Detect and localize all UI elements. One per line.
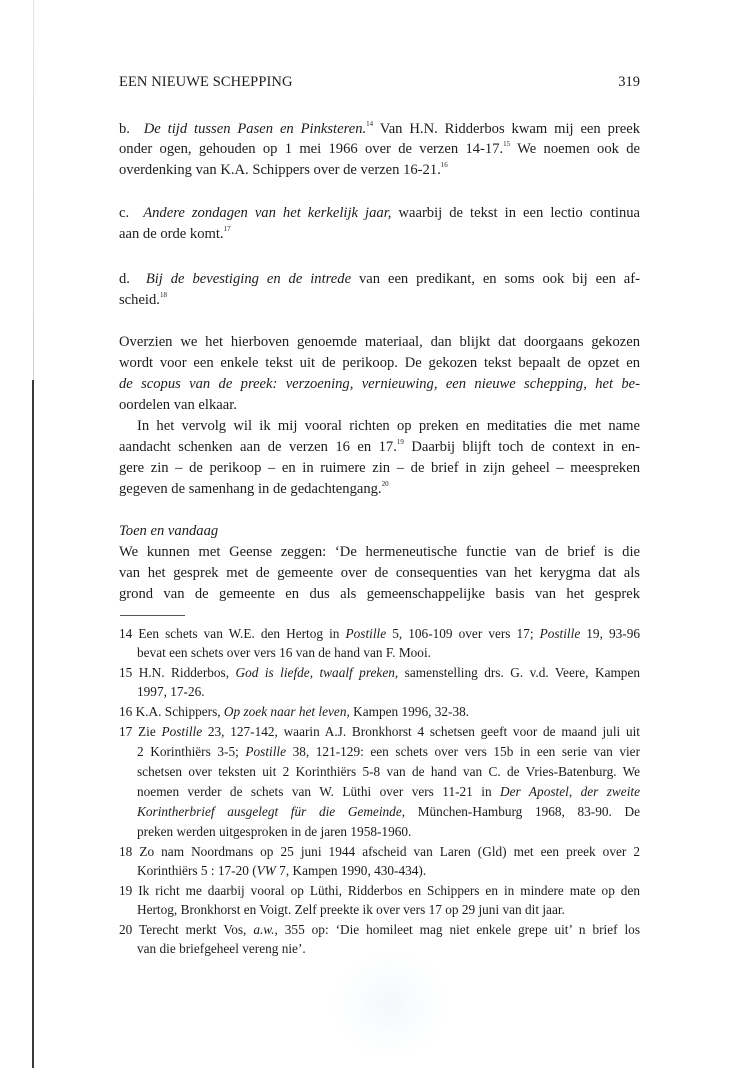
paragraph-1-line-2: wordt voor een enkele tekst uit de perik…	[119, 354, 640, 372]
paragraph-1-line-1: Overzien we het hierboven genoemde mater…	[119, 333, 640, 351]
paragraph-2-line-4: gegeven de samenhang in de gedachtengang…	[119, 480, 640, 498]
footnote-17-line-6: preken werden uitgesproken in de jaren 1…	[137, 823, 640, 840]
section-heading: Toen en vandaag	[119, 522, 640, 540]
footnote-number: 18	[119, 844, 132, 859]
book-title: Korintherbrief ausgelegt für die Gemeind…	[137, 804, 405, 819]
item-d-line-1: d. Bij de bevestiging en de intrede van …	[119, 270, 640, 288]
text: waarbij de tekst in een lectio continua	[391, 205, 640, 221]
footnote-ref[interactable]: 18	[160, 291, 167, 299]
footnote-15-line-2: 1997, 17-26.	[137, 683, 640, 700]
text: Korinthiërs 5 : 17-20 (	[137, 863, 257, 878]
text: aandacht schenken aan de verzen 16 en 17…	[119, 439, 397, 455]
text: 355 op: ‘Die homileet mag niet enkele gr…	[278, 922, 640, 937]
abbreviation: a.w.,	[253, 922, 278, 937]
item-marker: c.	[119, 205, 129, 221]
footnote-16-line-1: 16 K.A. Schippers, Op zoek naar het leve…	[119, 703, 640, 720]
journal-title: Postille	[540, 626, 581, 641]
text: 7, Kampen 1990, 430-434).	[276, 863, 426, 878]
footnote-19-line-1: 19 Ik richt me daarbij vooral op Lüthi, …	[119, 882, 640, 899]
footnote-ref[interactable]: 19	[397, 438, 404, 446]
footnote-ref[interactable]: 20	[382, 480, 389, 488]
book-title: God is liefde, twaalf preken,	[236, 665, 399, 680]
footnote-ref[interactable]: 16	[441, 161, 448, 169]
footnote-ref[interactable]: 17	[224, 225, 231, 233]
item-marker: d.	[119, 271, 130, 287]
journal-title: Postille	[245, 744, 286, 759]
footnote-17-line-5: Korintherbrief ausgelegt für die Gemeind…	[137, 803, 640, 820]
book-page: EEN NIEUWE SCHEPPING 319 b. De tijd tuss…	[0, 0, 738, 1068]
running-title: EEN NIEUWE SCHEPPING	[119, 74, 293, 91]
book-title: Der Apostel, der zweite	[500, 784, 640, 799]
item-d-line-2: scheid.18	[119, 291, 640, 309]
footnote-19-line-2: Hertog, Bronkhorst en Voigt. Zelf preekt…	[137, 901, 640, 918]
binding-edge-faint	[33, 0, 34, 380]
paragraph-2-line-3: gere zin – de perikoop – en in ruimere z…	[119, 459, 640, 477]
text: 19, 93-96	[580, 626, 640, 641]
item-b-line-3: overdenking van K.A. Schippers over de v…	[119, 161, 640, 179]
item-c-line-2: aan de orde komt.17	[119, 225, 640, 243]
footnote-14-line-2: bevat een schets over vers 16 van de han…	[137, 644, 640, 661]
text: Een schets van W.E. den Hertog in	[132, 626, 345, 641]
item-c-line-1: c. Andere zondagen van het kerkelijk jaa…	[119, 204, 640, 222]
footnote-20-line-2: van die briefgeheel vereng nie’.	[137, 940, 640, 957]
text: gegeven de samenhang in de gedachtengang…	[119, 481, 382, 497]
text: Zo nam Noordmans op 25 juni 1944 afschei…	[132, 844, 640, 859]
book-title: Op zoek naar het leven,	[224, 704, 350, 719]
footnote-20-line-1: 20 Terecht merkt Vos, a.w., 355 op: ‘Die…	[119, 921, 640, 938]
footnote-number: 20	[119, 922, 132, 937]
section-line-1: We kunnen met Geense zeggen: ‘De hermene…	[119, 543, 640, 561]
text: We noemen ook de	[510, 141, 640, 157]
text: noemen verder de schets van W. Lüthi ove…	[137, 784, 500, 799]
text: 5, 106-109 over vers 17;	[386, 626, 539, 641]
text: 38, 121-129: een schets over vers 15b in…	[286, 744, 640, 759]
binding-edge-dark	[32, 380, 34, 1068]
footnote-18-line-1: 18 Zo nam Noordmans op 25 juni 1944 afsc…	[119, 843, 640, 860]
text: H.N. Ridderbos,	[132, 665, 235, 680]
footnote-number: 14	[119, 626, 132, 641]
bleed-through-smudge	[330, 950, 450, 1060]
page-number: 319	[618, 74, 640, 91]
text: Van H.N. Ridderbos kwam mij een preek	[373, 121, 640, 137]
text: aan de orde komt.	[119, 226, 224, 242]
item-title: Bij de bevestiging en de intrede	[146, 271, 351, 287]
paragraph-2-line-1: In het vervolg wil ik mij vooral richten…	[137, 417, 640, 435]
text: Terecht merkt Vos,	[132, 922, 253, 937]
text: onder ogen, gehouden op 1 mei 1966 over …	[119, 141, 503, 157]
item-b-line-2: onder ogen, gehouden op 1 mei 1966 over …	[119, 140, 640, 158]
text: overdenking van K.A. Schippers over de v…	[119, 162, 441, 178]
text: Ik richt me daarbij vooral op Lüthi, Rid…	[132, 883, 640, 898]
footnote-18-line-2: Korinthiërs 5 : 17-20 (VW 7, Kampen 1990…	[137, 862, 640, 879]
footnote-separator	[120, 615, 185, 616]
series-title: VW	[257, 863, 276, 878]
footnote-17-line-2: 2 Korinthiërs 3-5; Postille 38, 121-129:…	[137, 743, 640, 760]
footnote-17-line-3: schetsen over teksten uit 2 Korinthiërs …	[137, 763, 640, 780]
item-b-line-1: b. De tijd tussen Pasen en Pinksteren.14…	[119, 120, 640, 138]
footnote-15-line-1: 15 H.N. Ridderbos, God is liefde, twaalf…	[119, 664, 640, 681]
text: Kampen 1996, 32-38.	[350, 704, 469, 719]
text: 2 Korinthiërs 3-5;	[137, 744, 245, 759]
item-marker: b.	[119, 121, 130, 137]
text: scheid.	[119, 292, 160, 308]
item-title: De tijd tussen Pasen en Pinksteren.	[144, 121, 366, 137]
text: Zie	[132, 724, 161, 739]
footnote-17-line-1: 17 Zie Postille 23, 127-142, waarin A.J.…	[119, 723, 640, 740]
footnote-17-line-4: noemen verder de schets van W. Lüthi ove…	[137, 783, 640, 800]
paragraph-1-line-4: oordelen van elkaar.	[119, 396, 640, 414]
text: van een predikant, en soms ook bij een a…	[351, 271, 640, 287]
journal-title: Postille	[161, 724, 202, 739]
footnote-number: 17	[119, 724, 132, 739]
footnote-number: 15	[119, 665, 132, 680]
item-title: Andere zondagen van het kerkelijk jaar,	[143, 205, 391, 221]
paragraph-1-line-3: de scopus van de preek: verzoening, vern…	[119, 375, 640, 393]
section-line-2: van het gesprek met de gemeente over de …	[119, 564, 640, 582]
text: K.A. Schippers,	[132, 704, 224, 719]
paragraph-2-line-2: aandacht schenken aan de verzen 16 en 17…	[119, 438, 640, 456]
footnote-number: 16	[119, 704, 132, 719]
text: 23, 127-142, waarin A.J. Bronkhorst 4 sc…	[202, 724, 640, 739]
journal-title: Postille	[346, 626, 387, 641]
text: samenstelling drs. G. v.d. Veere, Kampen	[398, 665, 640, 680]
text: München-Hamburg 1968, 83-90. De	[405, 804, 640, 819]
text: Daarbij blijft toch de context in en-	[404, 439, 640, 455]
section-line-3: grond van de gemeente en dus als gemeens…	[119, 585, 640, 603]
footnote-14-line-1: 14 Een schets van W.E. den Hertog in Pos…	[119, 625, 640, 642]
footnote-number: 19	[119, 883, 132, 898]
